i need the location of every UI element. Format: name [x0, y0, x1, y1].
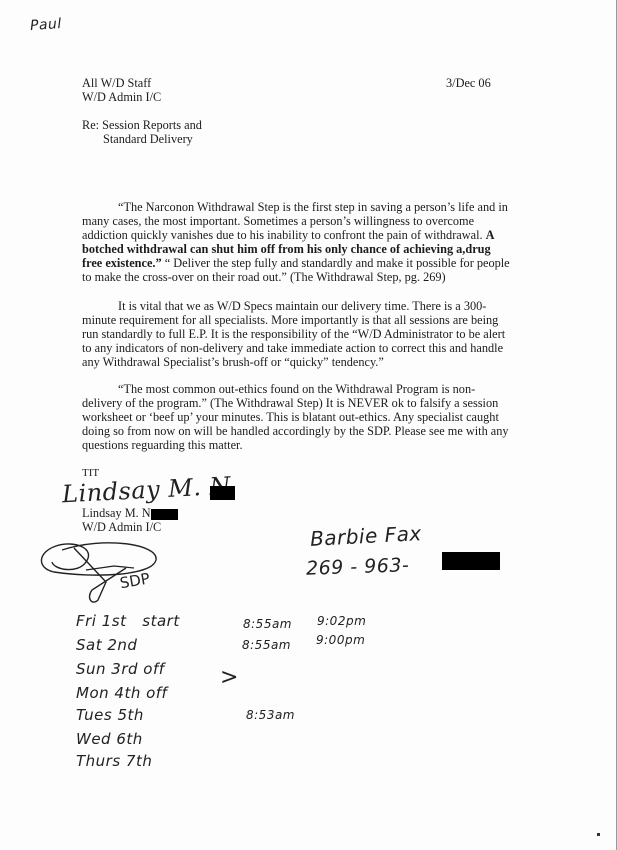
log-row-sat: Sat 2nd: [76, 636, 137, 654]
handwritten-fax-label: Barbie Fax: [309, 521, 422, 551]
paragraph-1-text: “The Narconon Withdrawal Step is the fir…: [82, 200, 508, 242]
paragraph-1: “The Narconon Withdrawal Step is the fir…: [82, 200, 512, 284]
log-time-in-sat: 8:55am: [242, 638, 291, 652]
log-note: start: [142, 612, 179, 630]
scanned-memo-page: Paul All W/D Staff W/D Admin I/C 3/Dec 0…: [0, 0, 618, 850]
log-row-sun: Sun 3rd off: [76, 660, 165, 678]
memo-to: All W/D Staff: [82, 76, 151, 90]
memo-from: W/D Admin I/C: [82, 90, 161, 104]
signer-name: Lindsay M. N: [82, 506, 178, 520]
log-day: Fri 1st: [76, 612, 126, 630]
sdp-signature-scrawl: SDP: [34, 532, 184, 604]
handwritten-name-annotation: Paul: [29, 16, 62, 34]
signature-redaction: [210, 486, 235, 500]
log-time-out-fri: 9:02pm: [317, 614, 366, 628]
memo-date: 3/Dec 06: [446, 76, 491, 90]
paragraph-2: It is vital that we as W/D Specs maintai…: [82, 299, 512, 369]
log-time-in-tue: 8:53am: [246, 708, 295, 722]
log-row-thu: Thurs 7th: [76, 752, 152, 770]
log-time-in-fri: 8:55am: [243, 617, 292, 631]
handwritten-fax-number: 269 - 963-: [306, 554, 410, 580]
log-row-fri: Fri 1st start: [76, 612, 180, 630]
scan-speck: [597, 833, 600, 836]
surname-redaction: [151, 509, 178, 520]
log-time-out-sat: 9:00pm: [316, 633, 365, 647]
sdp-label: SDP: [118, 569, 151, 592]
paragraph-3: “The most common out-ethics found on the…: [82, 382, 512, 452]
paragraph-2-text: It is vital that we as W/D Specs maintai…: [82, 299, 505, 369]
log-row-mon: Mon 4th off: [76, 684, 167, 702]
memo-subject-line-2: Standard Delivery: [103, 132, 193, 146]
log-row-wed: Wed 6th: [76, 730, 143, 748]
fax-number-redaction: [442, 552, 500, 570]
paragraph-3-text: “The most common out-ethics found on the…: [82, 382, 509, 452]
log-row-tue: Tues 5th: [76, 706, 144, 724]
signer-name-text: Lindsay M. N: [82, 506, 151, 520]
memo-subject-line-1: Re: Session Reports and: [82, 118, 202, 132]
bracket-mark: >: [220, 665, 239, 690]
